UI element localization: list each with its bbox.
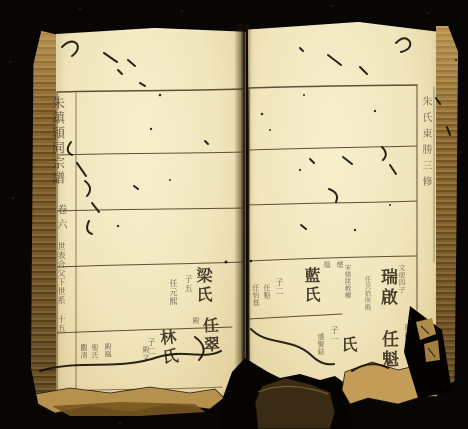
left-spine-volume-label: 卷六 xyxy=(55,204,65,234)
photo-of-open-genealogy-book: 朱鎮頴同宗譜 卷六 世表合父下世系 十五 梁氏 子五 任元熙 任翠 殿 林氏 子… xyxy=(0,0,468,429)
entry-renkui-name: 任魁 xyxy=(379,330,396,370)
entry-lan-annotation: 宋緒陞敕樓 xyxy=(344,264,351,299)
entry-lan-son1: 任魁 xyxy=(263,284,270,299)
entry-lin-son2: 殿凰 xyxy=(104,343,111,358)
left-spine-section-label: 世表合父下世系 xyxy=(57,242,65,305)
entry-ruiqi-header: 文扆四子 xyxy=(398,264,405,294)
book-gutter-shadow xyxy=(234,24,252,400)
entry-lin-note1: 聖氏 xyxy=(91,344,98,359)
entry-lan-name: 藍氏 xyxy=(303,267,319,305)
right-page-edge-stack xyxy=(436,26,458,392)
entry-lan-top-char2: 煙 xyxy=(336,261,343,269)
entry-liang-count: 子五 xyxy=(184,275,192,293)
entry-lan-son2: 任怡基 xyxy=(252,284,259,307)
entry-liang-son: 任元熙 xyxy=(169,279,177,306)
entry-partial-name: 氏 xyxy=(340,336,356,355)
entry-partial-count: 子一 xyxy=(330,326,338,344)
entry-lan-top-char1: 凰 xyxy=(323,261,330,269)
entry-rencui-name: 任翠 xyxy=(201,317,219,356)
entry-lin-son1: 殿文 xyxy=(142,346,149,361)
left-spine-book-title: 朱鎮頴同宗譜 xyxy=(50,96,63,186)
entry-liang-name: 梁氏 xyxy=(195,267,211,305)
entry-rencui-note: 殿 xyxy=(192,317,199,325)
entry-ruiqi-annotation: 任共拾所殿 xyxy=(364,276,371,311)
entry-lan-count: 子二 xyxy=(275,278,283,296)
left-spine-page-number: 十五 xyxy=(57,315,65,333)
entry-lin-note2: 觀清 xyxy=(80,344,87,359)
right-edge-book-title: 朱氏東勝三修 xyxy=(420,96,430,192)
left-page-edge-stack xyxy=(31,31,58,401)
entry-lin-name: 林氏 xyxy=(158,328,179,368)
entry-renkui-header: 瑞啟次子 xyxy=(404,324,411,354)
entry-ruiqi-name: 瑞啟 xyxy=(378,268,395,308)
entry-partial-son: 盛聚鋕 xyxy=(317,333,324,356)
